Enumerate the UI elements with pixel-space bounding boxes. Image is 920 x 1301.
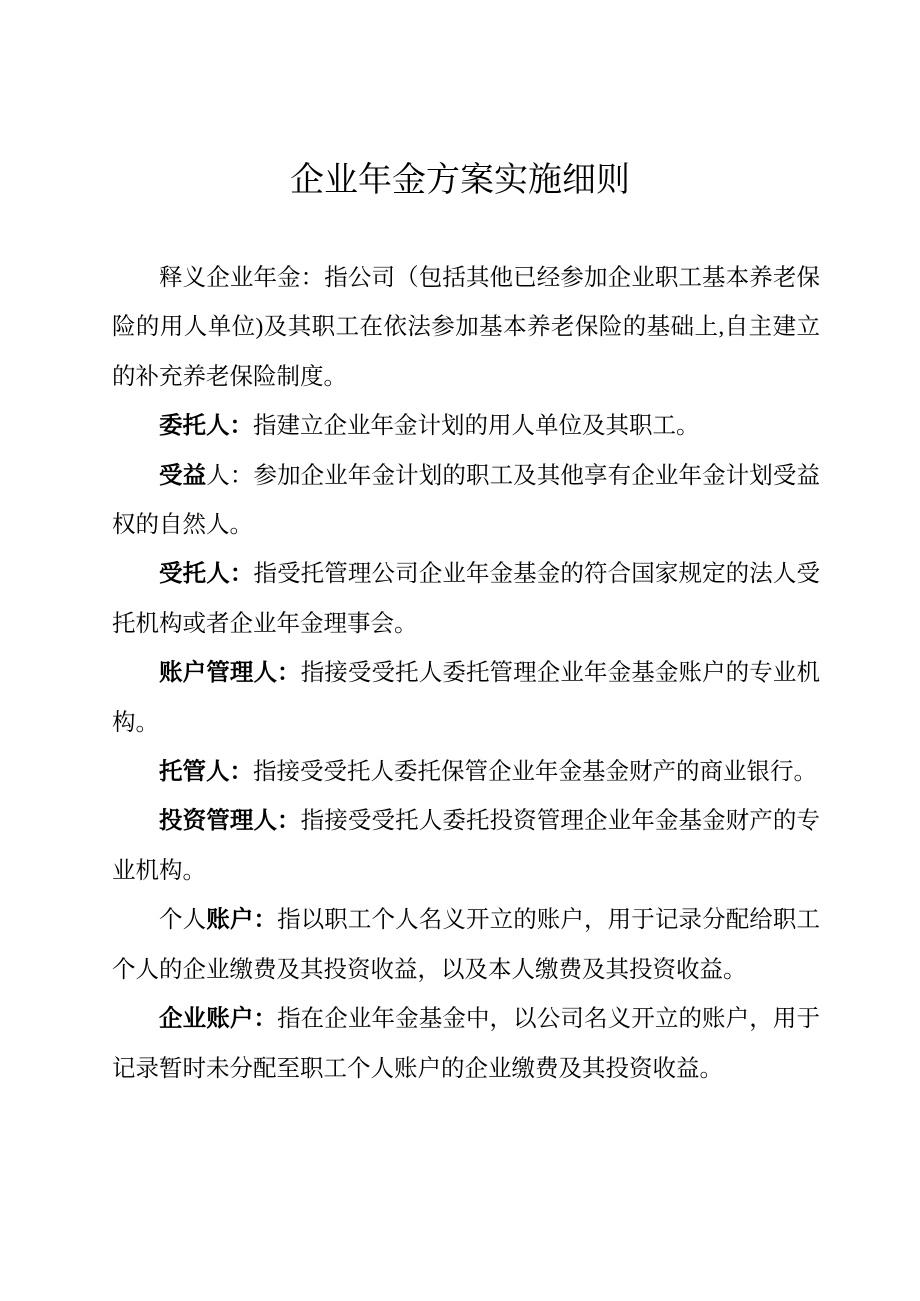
term-label: 投资管理人： [159, 808, 301, 834]
term-label: 企业账户： [159, 1006, 277, 1032]
paragraph-text: 指建立企业年金计划的用人单位及其职工。 [253, 413, 700, 439]
paragraph: 委托人：指建立企业年金计划的用人单位及其职工。 [112, 402, 820, 451]
paragraph: 企业账户：指在企业年金基金中，以公司名义开立的账户，用于记录暂时未分配至职工个人… [112, 995, 820, 1094]
paragraph-text: 人：参加企业年金计划的职工及其他享有企业年金计划受益权的自然人。 [112, 463, 820, 538]
term-label: 账户： [206, 907, 277, 933]
term-label: 受益 [159, 463, 206, 489]
paragraph: 受益人：参加企业年金计划的职工及其他享有企业年金计划受益权的自然人。 [112, 452, 820, 551]
term-label: 受托人： [159, 561, 253, 587]
paragraph-text: 指接受受托人委托保管企业年金基金财产的商业银行。 [253, 759, 817, 785]
paragraph: 个人账户：指以职工个人名义开立的账户，用于记录分配给职工个人的企业缴费及其投资收… [112, 896, 820, 995]
term-label: 委托人： [159, 413, 253, 439]
document-title: 企业年金方案实施细则 [0, 0, 920, 205]
term-label: 托管人： [159, 759, 253, 785]
paragraph-text: 释义企业年金：指公司（包括其他已经参加企业职工基本养老保险的用人单位)及其职工在… [112, 265, 820, 390]
paragraph-text: 个人 [159, 907, 206, 933]
paragraph: 释义企业年金：指公司（包括其他已经参加企业职工基本养老保险的用人单位)及其职工在… [112, 254, 820, 402]
document-body: 释义企业年金：指公司（包括其他已经参加企业职工基本养老保险的用人单位)及其职工在… [112, 254, 820, 1094]
document-page: 企业年金方案实施细则 释义企业年金：指公司（包括其他已经参加企业职工基本养老保险… [0, 0, 920, 1301]
paragraph: 托管人：指接受受托人委托保管企业年金基金财产的商业银行。 [112, 748, 820, 797]
paragraph: 账户管理人：指接受受托人委托管理企业年金基金账户的专业机构。 [112, 649, 820, 748]
term-label: 账户管理人： [159, 660, 301, 686]
paragraph: 投资管理人：指接受受托人委托投资管理企业年金基金财产的专业机构。 [112, 797, 820, 896]
paragraph: 受托人：指受托管理公司企业年金基金的符合国家规定的法人受托机构或者企业年金理事会… [112, 550, 820, 649]
